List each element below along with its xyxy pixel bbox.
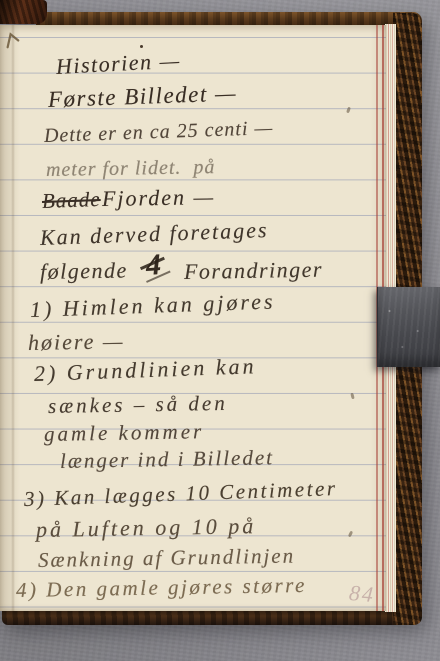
- handwriting-line: sænkes – så den: [48, 391, 228, 419]
- handwriting-line: meter for lidet. på: [46, 156, 216, 182]
- ink-speck: [346, 107, 351, 114]
- handwriting-line: Dette er en ca 25 centi —: [44, 117, 274, 148]
- page-gutter-crease: [11, 25, 15, 611]
- handwriting-line: følgende: [40, 257, 128, 285]
- handwriting-scribbled-number: 4: [145, 248, 162, 283]
- handwriting-line: 1) Himlen kan gjøres: [30, 288, 276, 323]
- handwriting-line: Fjorden —: [102, 184, 216, 212]
- ink-speck: [348, 531, 353, 538]
- handwriting-line: Forandringer: [184, 257, 323, 285]
- handwriting-line: Første Billedet —: [48, 80, 238, 113]
- binding-mark: [1, 29, 23, 51]
- handwriting-line: gamle kommer: [44, 419, 205, 447]
- handwriting-word-struck: Baade: [42, 187, 101, 214]
- notebook-photo: Historien — Første Billedet — Dette er e…: [0, 0, 440, 661]
- handwriting-line: 4) Den gamle gjøres større: [16, 573, 307, 603]
- handwriting-line: høiere —: [28, 328, 125, 356]
- ink-speck: [350, 393, 354, 400]
- book-spine-corner: [0, 0, 47, 24]
- handwriting-line: Kan derved foretages: [40, 217, 269, 251]
- handwriting-line: 3) Kan lægges 10 Centimeter: [24, 476, 338, 512]
- handwriting-line: Historien —: [55, 47, 181, 79]
- handwriting-line: 2) Grundlinien kan: [34, 353, 257, 387]
- handwriting-line: Sænkning af Grundlinjen: [38, 544, 296, 573]
- handwriting-line: på Luften og 10 på: [36, 513, 257, 543]
- ink-dot: [140, 45, 143, 48]
- metal-clip: [377, 287, 440, 367]
- notebook-page: Historien — Første Billedet — Dette er e…: [0, 25, 386, 611]
- handwriting-line: længer ind i Billedet: [60, 445, 274, 474]
- page-number: 84: [348, 580, 376, 608]
